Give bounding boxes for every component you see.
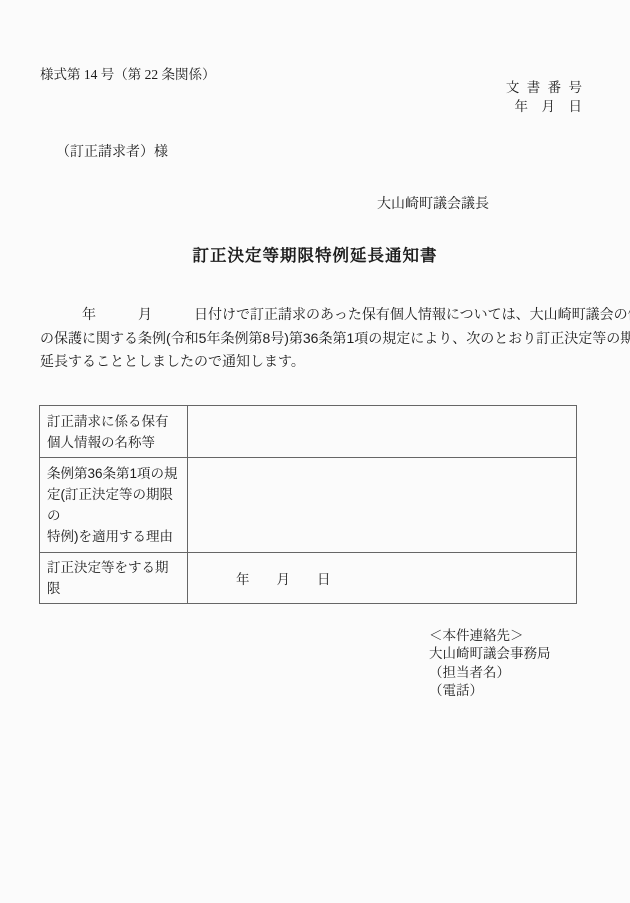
recipient-line: （訂正請求者）様 [56,141,168,161]
contact-block: ＜本件連絡先＞ 大山崎町議会事務局 （担当者名） （電話） [429,627,551,700]
form-number: 様式第 14 号（第 22 条関係） [40,63,216,83]
row-value-reason [188,458,577,553]
row-label-reason: 条例第36条第1項の規 定(訂正決定等の期限の 特例)を適用する理由 [40,458,188,553]
document-date-line: 年 月 日 [506,98,582,117]
document-number-block: 文 書 番 号 年 月 日 [506,79,582,116]
body-line: 年 月 日付けで訂正請求のあった保有個人情報については、大山崎町議会の個人情報 [40,303,596,327]
row-value-deadline: 年 月 日 [188,553,577,604]
body-line: の保護に関する条例(令和5年条例第8号)第36条第1項の規定により、次のとおり訂… [40,327,596,351]
table-row: 条例第36条第1項の規 定(訂正決定等の期限の 特例)を適用する理由 [40,458,577,553]
body-line: 延長することとしましたので通知します。 [40,350,596,374]
row-label-deadline: 訂正決定等をする期 限 [40,553,188,604]
document-page: 様式第 14 号（第 22 条関係） 文 書 番 号 年 月 日 （訂正請求者）… [0,0,630,903]
document-number-label: 文 書 番 号 [506,79,582,98]
sender-title: 大山崎町議会議長 [377,193,489,213]
row-value-held-info-name [188,406,577,458]
row-label-held-info-name: 訂正請求に係る保有 個人情報の名称等 [40,406,188,458]
document-title: 訂正決定等期限特例延長通知書 [0,242,630,266]
table-row: 訂正請求に係る保有 個人情報の名称等 [40,406,577,458]
table-row: 訂正決定等をする期 限 年 月 日 [40,553,577,604]
contact-heading: ＜本件連絡先＞ [429,627,551,645]
contact-office: 大山崎町議会事務局 [429,645,551,663]
notice-table: 訂正請求に係る保有 個人情報の名称等 条例第36条第1項の規 定(訂正決定等の期… [39,405,577,604]
body-paragraph: 年 月 日付けで訂正請求のあった保有個人情報については、大山崎町議会の個人情報 … [40,303,596,374]
contact-phone: （電話） [429,682,551,700]
contact-person: （担当者名） [429,664,551,682]
